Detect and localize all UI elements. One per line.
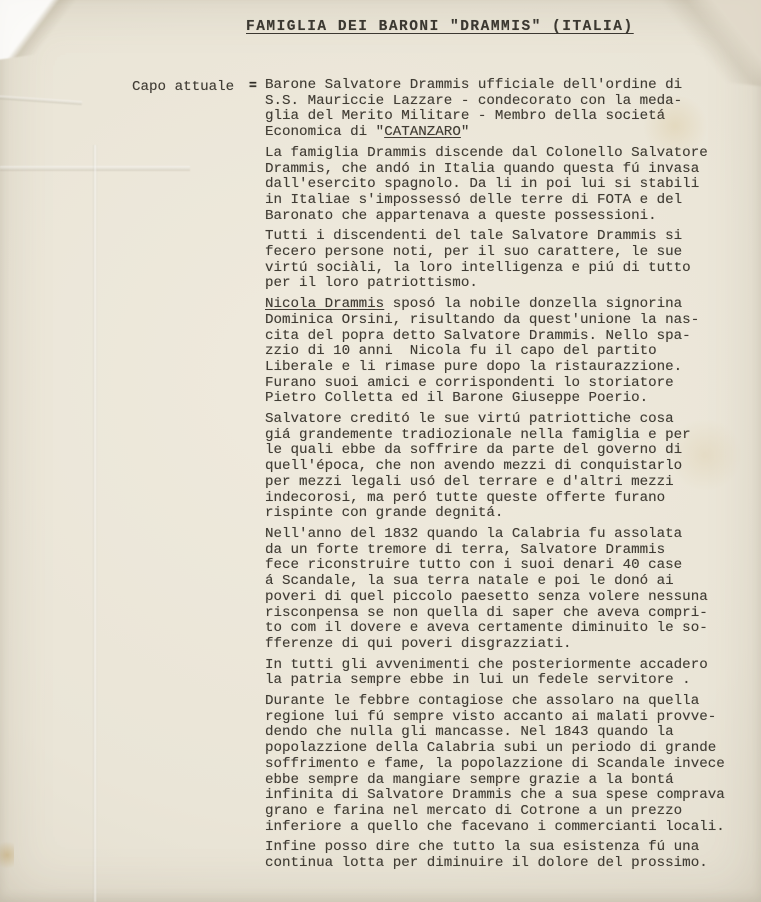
text-line: infinita di Salvatore Drammis che a sua … (265, 788, 745, 804)
capo-attuale-label: Capo attuale (132, 79, 234, 95)
equals-separator: = (249, 78, 257, 93)
text-line: fece riconstruire tutto con i suoi denar… (265, 558, 745, 574)
text-line: popolazzione della Calabria subi un peri… (265, 741, 745, 757)
text-line: Economica di "CATANZARO" (265, 125, 745, 141)
page-title: FAMIGLIA DEI BARONI "DRAMMIS" (ITALIA) (246, 19, 634, 35)
paragraph: Nicola Drammis sposó la nobile donzella … (265, 297, 745, 407)
paragraph: Tutti i discendenti del tale Salvatore D… (265, 229, 745, 292)
text-line: risconpensa se non quella di saper che a… (265, 606, 745, 622)
text-line: in Italiae s'impossessó delle terre di F… (265, 193, 745, 209)
document-body: Barone Salvatore Drammis ufficiale dell'… (265, 78, 745, 877)
text-line: glia del Merito Militare - Membro della … (265, 109, 745, 125)
text-line: Durante le febbre contagiose che assolar… (265, 694, 745, 710)
paper-stain (0, 838, 14, 872)
text-line: cita del popra detto Salvatore Drammis. … (265, 329, 745, 345)
paper-crease-top-left (0, 0, 135, 63)
text-line: to com il dovere e aveva certamente dimi… (265, 621, 745, 637)
text-line: á Scandale, la sua terra natale e poi le… (265, 574, 745, 590)
paper-crease-horizontal-upper (0, 95, 82, 105)
paragraph: Durante le febbre contagiose che assolar… (265, 694, 745, 835)
text-line: Nicola Drammis sposó la nobile donzella … (265, 297, 745, 313)
text-line: soffrimento e fame, la popolazzione di S… (265, 757, 745, 773)
text-line: fecero persone noti, per il suo caratter… (265, 245, 745, 261)
text-line: Drammis, che andó in Italia quando quest… (265, 162, 745, 178)
text-line: quell'época, che non avendo mezzi di con… (265, 459, 745, 475)
text-line: rispinte con grande degnitá. (265, 506, 745, 522)
text-line: per il loro patriottismo. (265, 276, 745, 292)
text-line: In tutti gli avvenimenti che posteriorme… (265, 658, 745, 674)
text-line: la patria sempre ebbe in lui un fedele s… (265, 673, 745, 689)
text-line: Dominica Orsini, risultando da quest'uni… (265, 313, 745, 329)
text-line: Barone Salvatore Drammis ufficiale dell'… (265, 78, 745, 94)
text-line: Furano suoi amici e corrispondenti lo st… (265, 376, 745, 392)
text-line: fferenze di qui poveri disgrazziati. (265, 637, 745, 653)
text-line: Pietro Colletta ed il Barone Giuseppe Po… (265, 391, 745, 407)
text-line: Salvatore creditó le sue virtú patriotti… (265, 412, 745, 428)
text-line: continua lotta per diminuire il dolore d… (265, 856, 745, 872)
paragraph: In tutti gli avvenimenti che posteriorme… (265, 658, 745, 689)
paragraph: Barone Salvatore Drammis ufficiale dell'… (265, 78, 745, 141)
text-line: indecorosi, ma peró tutte queste offerte… (265, 491, 745, 507)
text-line: per mezzi legali usó del terrare e d'alt… (265, 475, 745, 491)
text-line: le quali ebbe da soffrire da parte del g… (265, 443, 745, 459)
scanned-document-page: FAMIGLIA DEI BARONI "DRAMMIS" (ITALIA) C… (0, 0, 761, 902)
text-line: Nell'anno del 1832 quando la Calabria fu… (265, 527, 745, 543)
text-line: Tutti i discendenti del tale Salvatore D… (265, 229, 745, 245)
paragraph: Nell'anno del 1832 quando la Calabria fu… (265, 527, 745, 653)
text-line: ebbe sempre da mangiare sempre grazie a … (265, 773, 745, 789)
paragraph: Salvatore creditó le sue virtú patriotti… (265, 412, 745, 522)
text-line: Baronato che appartenava a queste posses… (265, 209, 745, 225)
text-line: poveri di quel piccolo paesetto senza vo… (265, 590, 745, 606)
text-line: grano e farina nel mercato di Cotrone a … (265, 804, 745, 820)
text-line: dendo che nulla gli mancasse. Nel 1843 q… (265, 725, 745, 741)
text-line: La famiglia Drammis discende dal Colonel… (265, 146, 745, 162)
paragraph: Infine posso dire che tutto la sua esist… (265, 840, 745, 871)
text-line: dall'esercito spagnolo. Da li in poi lui… (265, 177, 745, 193)
paper-crease-vertical (93, 145, 97, 902)
paragraph: La famiglia Drammis discende dal Colonel… (265, 146, 745, 225)
text-line: inferiore a quello che facevano i commer… (265, 820, 745, 836)
text-line: Liberale e li rimase pure dopo la ristau… (265, 360, 745, 376)
text-line: Infine posso dire che tutto la sua esist… (265, 840, 745, 856)
text-line: zzio di 10 anni Nicola fu il capo del pa… (265, 344, 745, 360)
